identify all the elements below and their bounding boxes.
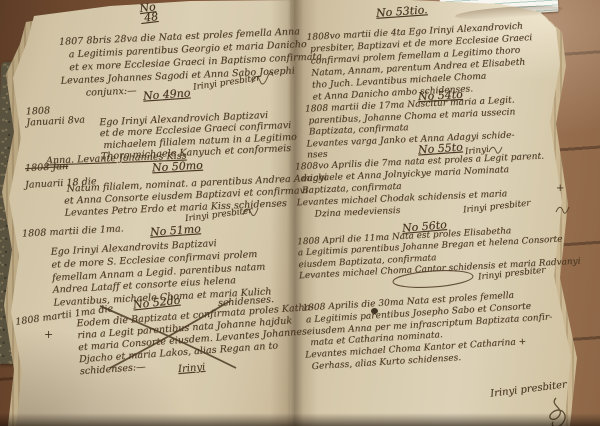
table-shadow — [0, 413, 600, 426]
crossed-entry-signature: Irinyi — [178, 363, 206, 374]
entry-1808-apr30-text: 1808 Aprilis die 30ma Nata est proles fe… — [302, 288, 555, 374]
entry-number-50: No 50mo — [152, 161, 203, 174]
ink-blot — [371, 308, 378, 314]
struck-date-1808-jan: 1808 Jan — [25, 161, 69, 175]
entry-1807-oct-text: 1807 8bris 28va die Nata est proles feme… — [59, 24, 324, 100]
margin-plus-left: + — [44, 328, 53, 341]
margin-plus-right: + — [556, 183, 564, 194]
entry-number-48: No 48 — [139, 2, 159, 23]
photo-open-register-book: No 48 1807 8bris 28va die Nata est prole… — [0, 0, 600, 426]
entry-1808-jan8-date: 1808 Januarii 8va — [25, 103, 85, 128]
